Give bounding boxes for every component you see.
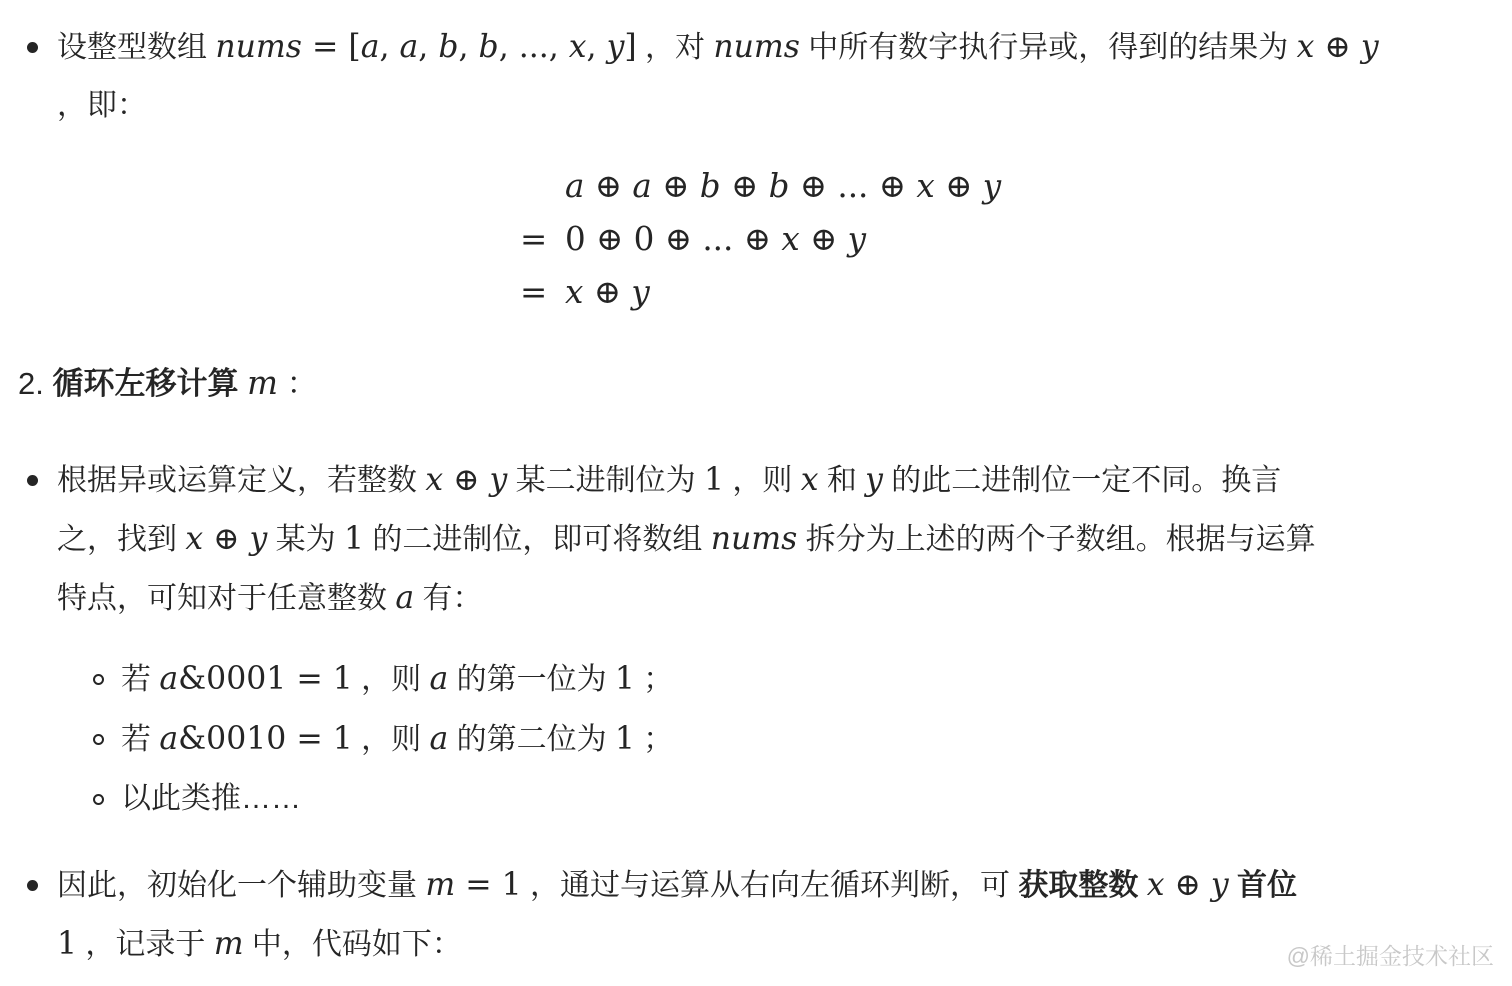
text-segment: 因此，初始化一个辅助变量	[57, 869, 425, 902]
circle-bullet-icon	[93, 794, 104, 805]
equation-lhs	[520, 160, 565, 213]
text-line: 设整型数组 nums = [a, a, b, b, ..., x, y] ，对 …	[57, 18, 1379, 77]
text-segment: a	[159, 721, 178, 757]
text-segment: ，对	[637, 31, 714, 64]
text-segment: 获取整数	[1018, 869, 1146, 902]
text-segment: 和	[818, 464, 865, 497]
text-segment: ,	[587, 29, 607, 65]
text-segment: m	[214, 926, 244, 962]
sub-bullet-marker-column	[93, 769, 121, 805]
sub-bullet-item: 以此类推……	[93, 769, 673, 829]
text-segment: x	[569, 29, 587, 65]
text-segment: 首位	[1229, 869, 1297, 902]
disc-bullet-icon	[27, 880, 38, 891]
text-segment: nums	[713, 29, 800, 65]
text-segment: x	[1297, 29, 1315, 65]
text-segment: b	[769, 167, 790, 205]
text-segment: ,	[379, 29, 399, 65]
sub-bullet-item: 若 a&0001 = 1 ，则 a 的第一位为 1 ；	[93, 649, 673, 709]
xor-equation-block: a ⊕ a ⊕ b ⊕ b ⊕ ... ⊕ x ⊕ y=0 ⊕ 0 ⊕ ... …	[520, 160, 1001, 319]
text-segment: 特点，可知对于任意整数	[57, 582, 395, 615]
text-line: 特点，可知对于任意整数 a 有：	[57, 569, 1316, 628]
text-segment: &0001 = 1	[178, 661, 353, 697]
text-segment: y	[631, 273, 649, 311]
text-segment: y	[1361, 29, 1379, 65]
article-page: 设整型数组 nums = [a, a, b, b, ..., x, y] ，对 …	[0, 0, 1512, 986]
text-segment: y	[1211, 867, 1229, 903]
text-line: ，即：	[57, 77, 1379, 135]
text-segment: a	[632, 167, 651, 205]
text-segment: , ...,	[499, 29, 569, 65]
text-segment: 1	[704, 462, 724, 498]
text-segment: ⊕	[584, 167, 632, 205]
sub-bullet-item: 若 a&0010 = 1 ，则 a 的第二位为 1 ；	[93, 709, 673, 769]
text-line: 根据异或运算定义，若整数 x ⊕ y 某二进制位为 1 ，则 x 和 y 的此二…	[57, 451, 1316, 510]
text-segment: x	[425, 462, 443, 498]
paragraph-intro: 设整型数组 nums = [a, a, b, b, ..., x, y] ，对 …	[57, 18, 1379, 135]
bullet-marker-column	[22, 856, 57, 891]
text-segment: y	[250, 521, 268, 557]
equation-row: =0 ⊕ 0 ⊕ ... ⊕ x ⊕ y	[520, 213, 1001, 266]
text-segment: a	[565, 167, 584, 205]
text-segment: 1	[57, 926, 77, 962]
text-segment: ，记录于	[77, 928, 214, 961]
text-segment: ⊕ ... ⊕	[789, 167, 916, 205]
text-segment: ,	[418, 29, 438, 65]
text-segment: ,	[458, 29, 478, 65]
text-segment: ⊕	[1164, 867, 1210, 903]
text-segment: x	[781, 220, 799, 258]
text-segment: y	[848, 220, 866, 258]
text-segment: x	[185, 521, 203, 557]
text-segment: ⊕	[1314, 29, 1360, 65]
text-segment: b	[438, 29, 458, 65]
bullet-item-conclusion: 因此，初始化一个辅助变量 m = 1 ，通过与运算从右向左循环判断，可 获取整数…	[22, 856, 1502, 974]
text-segment: x	[1147, 867, 1165, 903]
paragraph-conclusion: 因此，初始化一个辅助变量 m = 1 ，通过与运算从右向左循环判断，可 获取整数…	[57, 856, 1297, 974]
text-line: 2. 循环左移计算 m ：	[18, 363, 318, 404]
text-segment: ⊕	[443, 462, 489, 498]
text-line: 因此，初始化一个辅助变量 m = 1 ，通过与运算从右向左循环判断，可 获取整数…	[57, 856, 1297, 915]
equation-row: a ⊕ a ⊕ b ⊕ b ⊕ ... ⊕ x ⊕ y	[520, 160, 1001, 213]
text-segment: 2.	[18, 366, 52, 401]
text-line: 之，找到 x ⊕ y 某为 1 的二进制位，即可将数组 nums 拆分为上述的两…	[57, 510, 1316, 569]
text-segment: 1	[615, 721, 635, 757]
text-segment: b	[700, 167, 721, 205]
text-segment: ：	[278, 366, 318, 401]
text-segment: m	[247, 364, 278, 402]
bullet-item-intro: 设整型数组 nums = [a, a, b, b, ..., x, y] ，对 …	[22, 18, 1502, 135]
text-segment: 的二进制位，即可将数组	[364, 523, 711, 556]
text-segment: = [	[302, 29, 361, 65]
text-segment: ，即：	[57, 89, 147, 122]
text-segment: = 1	[455, 867, 521, 903]
text-segment: x	[916, 167, 934, 205]
bullet-item-xor-definition: 根据异或运算定义，若整数 x ⊕ y 某二进制位为 1 ，则 x 和 y 的此二…	[22, 451, 1502, 628]
text-segment: 0 ⊕ 0 ⊕ ... ⊕	[565, 220, 781, 258]
text-segment: x	[565, 273, 583, 311]
text-segment: 的此二进制位一定不同。换言	[883, 464, 1281, 497]
text-segment: m	[425, 867, 455, 903]
disc-bullet-icon	[27, 475, 38, 486]
text-segment: 拆分为上述的两个子数组。根据与运算	[797, 523, 1315, 556]
circle-bullet-icon	[93, 674, 104, 685]
disc-bullet-icon	[27, 42, 38, 53]
equation-rhs: x ⊕ y	[565, 266, 650, 319]
sub-bullet-marker-column	[93, 649, 121, 685]
text-segment: a	[159, 661, 178, 697]
text-segment: 的第一位为	[448, 663, 615, 696]
text-segment: ]	[624, 29, 636, 65]
text-segment: ⊕	[800, 220, 848, 258]
text-segment: y	[490, 462, 508, 498]
text-segment: ，则	[724, 464, 801, 497]
text-segment: 以此类推……	[121, 782, 301, 815]
text-segment: ，则	[353, 723, 430, 756]
watermark: @稀土掘金技术社区	[1287, 938, 1494, 971]
equation-row: =x ⊕ y	[520, 266, 1001, 319]
text-segment: 有：	[414, 582, 482, 615]
text-segment: ，则	[353, 663, 430, 696]
text-segment: a	[429, 721, 448, 757]
text-segment: a	[395, 580, 414, 616]
text-segment: 中，代码如下：	[244, 928, 462, 961]
equation-rhs: a ⊕ a ⊕ b ⊕ b ⊕ ... ⊕ x ⊕ y	[565, 160, 1001, 213]
text-segment: y	[607, 29, 625, 65]
sub-bullet-marker-column	[93, 709, 121, 745]
sub-bullet-text: 以此类推……	[121, 769, 301, 829]
text-segment: ⊕	[203, 521, 249, 557]
text-segment: 若	[121, 723, 159, 756]
equation-lhs: =	[520, 266, 565, 319]
text-segment: a	[400, 29, 419, 65]
text-segment: &0010 = 1	[178, 721, 353, 757]
text-segment: b	[479, 29, 499, 65]
text-segment: 的第二位为	[448, 723, 615, 756]
text-segment: a	[361, 29, 380, 65]
bullet-marker-column	[22, 451, 57, 486]
equation-lhs: =	[520, 213, 565, 266]
text-segment: ，通过与运算从右向左循环判断，可	[522, 869, 1019, 902]
text-segment: 根据异或运算定义，若整数	[57, 464, 425, 497]
text-segment: 1	[344, 521, 364, 557]
text-segment: x	[801, 462, 819, 498]
text-segment: y	[865, 462, 883, 498]
sub-bullet-list: 若 a&0001 = 1 ，则 a 的第一位为 1 ；若 a&0010 = 1 …	[93, 649, 673, 829]
section-heading: 2. 循环左移计算 m ：	[18, 363, 318, 404]
text-segment: ⊕	[935, 167, 983, 205]
text-segment: ；	[635, 663, 673, 696]
text-segment: 若	[121, 663, 159, 696]
text-segment: a	[429, 661, 448, 697]
text-segment: ；	[635, 723, 673, 756]
text-segment: 设整型数组	[57, 31, 215, 64]
paragraph-xor-definition: 根据异或运算定义，若整数 x ⊕ y 某二进制位为 1 ，则 x 和 y 的此二…	[57, 451, 1316, 628]
text-segment: 之，找到	[57, 523, 185, 556]
equation-rhs: 0 ⊕ 0 ⊕ ... ⊕ x ⊕ y	[565, 213, 866, 266]
text-segment: 1	[615, 661, 635, 697]
text-segment: 某为	[267, 523, 344, 556]
text-segment: y	[983, 167, 1001, 205]
bullet-marker-column	[22, 18, 57, 53]
sub-bullet-text: 若 a&0010 = 1 ，则 a 的第二位为 1 ；	[121, 709, 673, 770]
text-segment: nums	[711, 521, 798, 557]
text-segment: ⊕	[652, 167, 700, 205]
text-line: 1 ，记录于 m 中，代码如下：	[57, 915, 1297, 974]
text-segment: 循环左移计算	[52, 366, 247, 401]
text-segment: ⊕	[583, 273, 631, 311]
text-segment: ⊕	[721, 167, 769, 205]
sub-bullet-text: 若 a&0001 = 1 ，则 a 的第一位为 1 ；	[121, 649, 673, 710]
text-segment: nums	[215, 29, 302, 65]
text-segment: 中所有数字执行异或，得到的结果为	[800, 31, 1297, 64]
circle-bullet-icon	[93, 734, 104, 745]
text-segment: 某二进制位为	[507, 464, 704, 497]
